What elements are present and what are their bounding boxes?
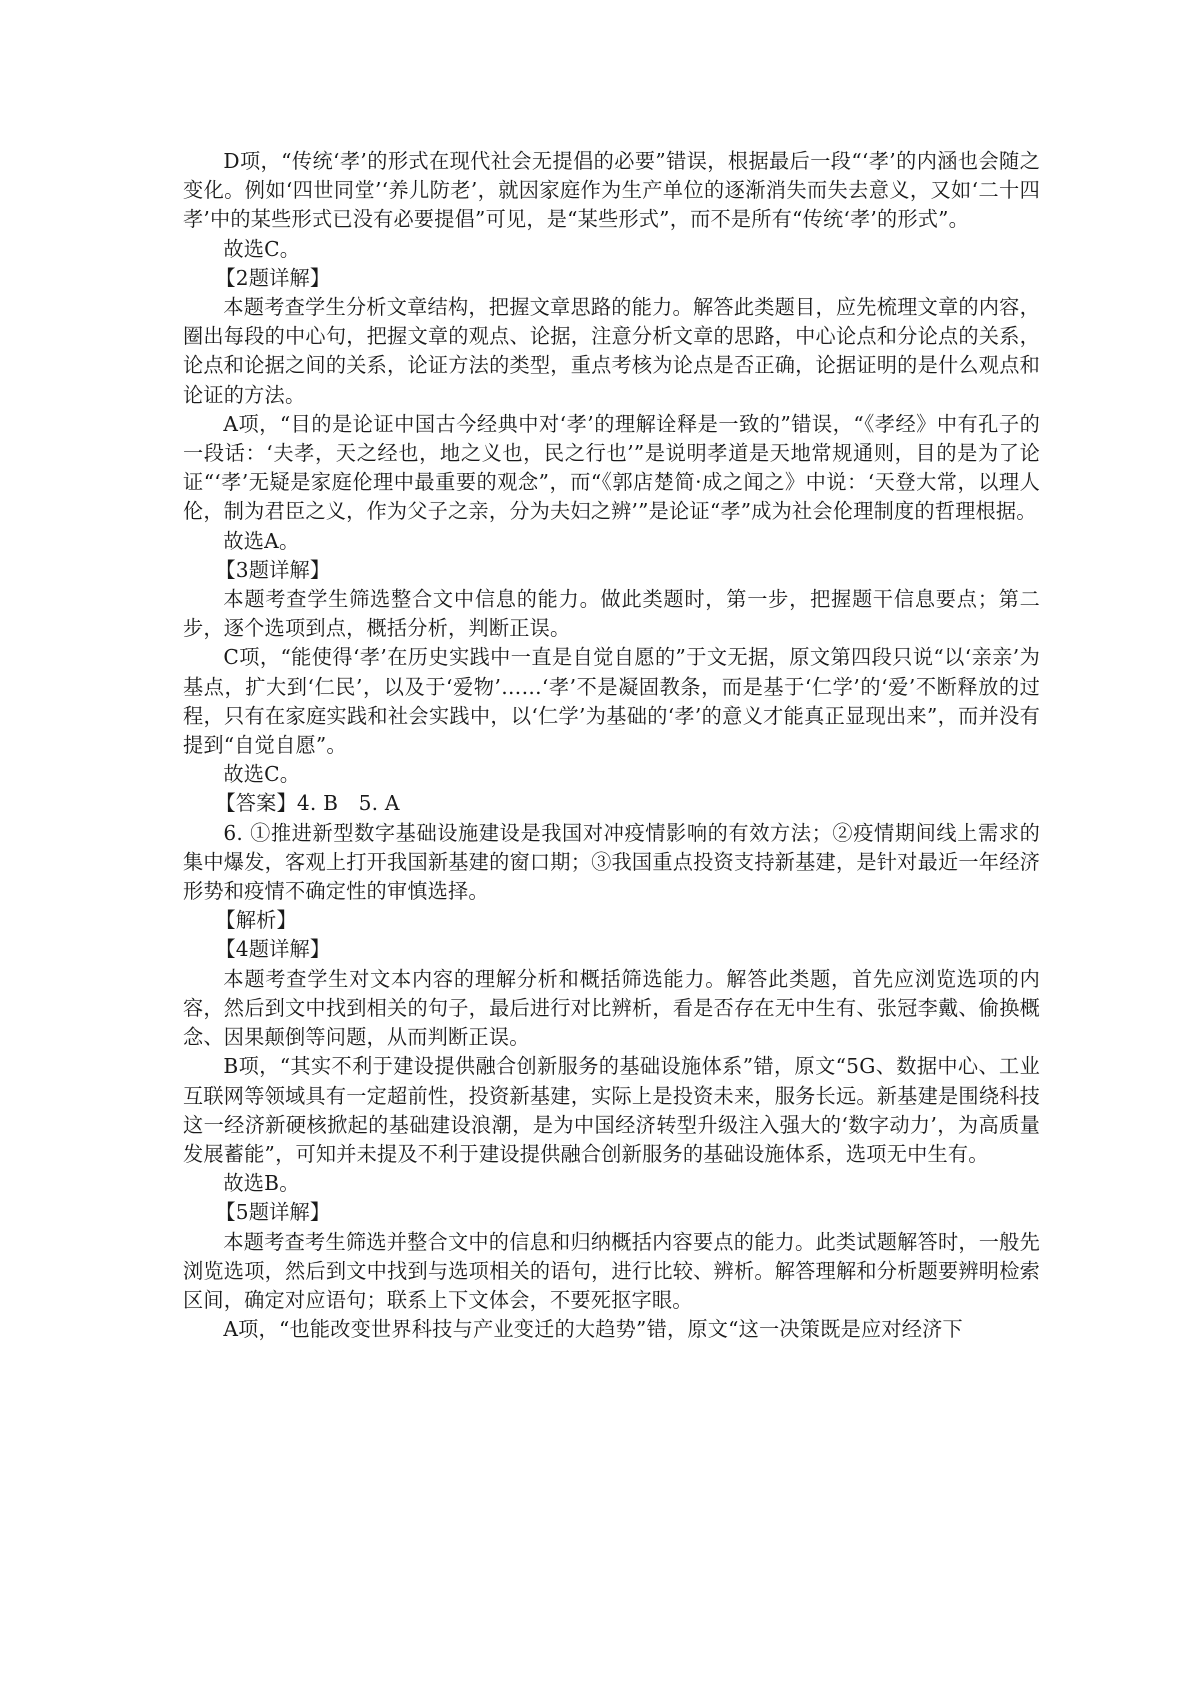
section-heading-analysis: 【解析】 [183, 906, 1040, 935]
answer-line: 故选A。 [183, 527, 1040, 556]
section-heading-q3: 【3题详解】 [183, 556, 1040, 585]
paragraph-q5-a-option: A项，“也能改变世界科技与产业变迁的大趋势”错，原文“这一决策既是应对经济下 [183, 1315, 1040, 1344]
section-heading-q4: 【4题详解】 [183, 935, 1040, 964]
paragraph-q4-b-option: B项，“其实不利于建设提供融合创新服务的基础设施体系”错，原文“5G、数据中心、… [183, 1052, 1040, 1169]
paragraph-q2-a-option: A项，“目的是论证中国古今经典中对‘孝’的理解诠释是一致的”错误，“《孝经》中有… [183, 410, 1040, 527]
paragraph-q6-answer: 6. ①推进新型数字基础设施建设是我国对冲疫情影响的有效方法；②疫情期间线上需求… [183, 819, 1040, 907]
answer-line: 故选C。 [183, 235, 1040, 264]
answer-line: 故选C。 [183, 760, 1040, 789]
answer-key: 【答案】4. B 5. A [183, 789, 1040, 818]
paragraph-q3-intro: 本题考查学生筛选整合文中信息的能力。做此类题时，第一步，把握题干信息要点；第二步… [183, 585, 1040, 643]
section-heading-q5: 【5题详解】 [183, 1198, 1040, 1227]
paragraph-q3-c-option: C项，“能使得‘孝’在历史实践中一直是自觉自愿的”于文无据，原文第四段只说“以‘… [183, 643, 1040, 760]
paragraph-q2-intro: 本题考查学生分析文章结构，把握文章思路的能力。解答此类题目，应先梳理文章的内容，… [183, 293, 1040, 410]
paragraph-d-option-analysis: D项，“传统‘孝’的形式在现代社会无提倡的必要”错误，根据最后一段“‘孝’的内涵… [183, 147, 1040, 235]
paragraph-q5-intro: 本题考查考生筛选并整合文中的信息和归纳概括内容要点的能力。此类试题解答时，一般先… [183, 1228, 1040, 1316]
paragraph-q4-intro: 本题考查学生对文本内容的理解分析和概括筛选能力。解答此类题，首先应浏览选项的内容… [183, 965, 1040, 1053]
answer-line: 故选B。 [183, 1169, 1040, 1198]
section-heading-q2: 【2题详解】 [183, 264, 1040, 293]
document-page: D项，“传统‘孝’的形式在现代社会无提倡的必要”错误，根据最后一段“‘孝’的内涵… [183, 147, 1040, 1344]
